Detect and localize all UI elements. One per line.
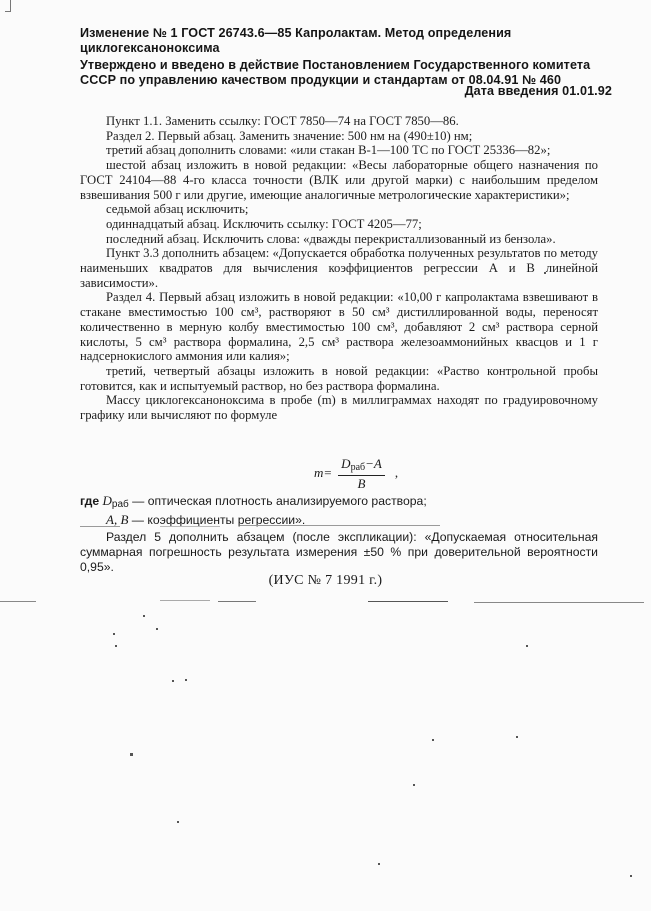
paragraph: Массу циклогексаноноксима в пробе (m) в … — [80, 393, 598, 422]
formula-lhs: m= — [314, 465, 332, 481]
scan-speck — [432, 739, 434, 741]
scan-corner-mark — [5, 11, 11, 12]
scan-line — [368, 601, 448, 602]
formula-denominator: B — [358, 476, 366, 491]
scan-speck — [177, 821, 179, 823]
formula-numerator: Dраб−A — [338, 456, 385, 476]
paragraph: седьмой абзац исключить; — [80, 202, 598, 217]
scan-line — [160, 600, 210, 601]
mass-formula: m= Dраб−A B , — [314, 455, 398, 491]
scan-speck — [130, 753, 133, 756]
paragraph: третий абзац дополнить словами: «или ста… — [80, 143, 598, 158]
scan-line — [240, 525, 440, 526]
scan-line — [80, 526, 120, 527]
scan-line — [474, 602, 644, 603]
source-note: (ИУС № 7 1991 г.) — [0, 573, 651, 589]
amendment-body: Пункт 1.1. Заменить ссылку: ГОСТ 7850—74… — [80, 114, 598, 423]
scan-speck — [115, 645, 117, 647]
scan-line — [218, 601, 256, 602]
paragraph: третий, четвертый абзацы изложить в ново… — [80, 364, 598, 393]
scan-speck — [378, 863, 380, 865]
scan-speck — [630, 875, 632, 877]
explication-row: где Dраб — оптическая плотность анализир… — [80, 493, 600, 512]
formula-comma: , — [395, 465, 398, 481]
effective-date: Дата введения 01.01.92 — [80, 84, 612, 99]
scan-line — [160, 526, 220, 527]
scan-line — [0, 601, 36, 602]
formula-fraction: Dраб−A B — [338, 456, 385, 491]
paragraph: Пункт 3.3 дополнить абзацем: «Допускаетс… — [80, 246, 598, 290]
scan-speck — [413, 784, 415, 786]
scan-speck — [544, 272, 546, 274]
scan-speck — [516, 736, 518, 738]
scan-speck — [156, 628, 158, 630]
paragraph: Пункт 1.1. Заменить ссылку: ГОСТ 7850—74… — [80, 114, 598, 129]
scan-speck — [143, 615, 145, 617]
section5-paragraph: Раздел 5 дополнить абзацем (после экспли… — [80, 530, 598, 574]
paragraph: Раздел 4. Первый абзац изложить в новой … — [80, 290, 598, 364]
paragraph: Раздел 2. Первый абзац. Заменить значени… — [80, 129, 598, 144]
scan-speck — [526, 645, 528, 647]
scan-speck — [172, 680, 174, 682]
scan-speck — [113, 633, 115, 635]
document-page: Изменение № 1 ГОСТ 26743.6—85 Капролакта… — [0, 0, 651, 911]
formula-explication: где Dраб — оптическая плотность анализир… — [80, 493, 600, 528]
scan-speck — [185, 679, 187, 681]
paragraph: последний абзац. Исключить слова: «дважд… — [80, 232, 598, 247]
paragraph: одиннадцатый абзац. Исключить ссылку: ГО… — [80, 217, 598, 232]
paragraph: шестой абзац изложить в новой редакции: … — [80, 158, 598, 202]
amendment-title: Изменение № 1 ГОСТ 26743.6—85 Капролакта… — [80, 26, 612, 56]
